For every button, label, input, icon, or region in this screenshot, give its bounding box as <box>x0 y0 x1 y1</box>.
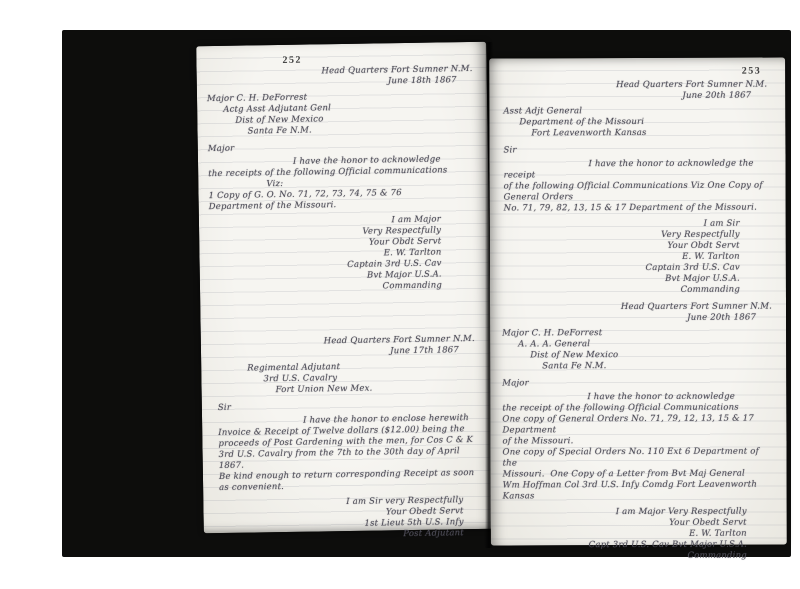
manuscript-line: Capt 3rd U.S. Cav Bvt Major U.S.A. <box>503 540 747 552</box>
letter-heading: Head Quarters Fort Sumner N.M.June 17th … <box>217 334 479 360</box>
manuscript-line: I am Sir <box>504 219 740 231</box>
letter-block: Head Quarters Fort Sumner N.M.June 20th … <box>489 79 786 296</box>
manuscript-line: Fort Union New Mex. <box>276 382 480 396</box>
manuscript-line: I have the honor to acknowledge the rece… <box>504 159 768 182</box>
manuscript-line: June 20th 1867 <box>502 313 772 325</box>
scanned-page-left: 252 Head Quarters Fort Sumner N.M.June 1… <box>196 42 494 533</box>
letter-heading: Head Quarters Fort Sumner N.M.June 20th … <box>502 302 772 325</box>
manuscript-line: I am Major Very Respectfully <box>503 507 747 519</box>
letter-salutation: Major <box>208 140 474 155</box>
manuscript-line: Your Obdt Servt <box>504 241 740 253</box>
manuscript-line: Wm Hoffman Col 3rd U.S. Infy Comdg Fort … <box>503 480 773 503</box>
manuscript-line: Dist of New Mexico <box>530 350 772 362</box>
scanned-page-right: 253 Head Quarters Fort Sumner N.M.June 2… <box>489 57 787 545</box>
manuscript-line: Asst Adjt General <box>503 106 767 118</box>
manuscript-line: A. A. A. General <box>518 339 772 351</box>
manuscript-line: Very Respectfully <box>504 230 740 242</box>
letter-body: I have the honor to acknowledge the rece… <box>504 159 768 215</box>
letter-address: Major C. H. DeForrestA. A. A. GeneralDis… <box>502 328 772 373</box>
letter-body: I have the honor to acknowledgethe recei… <box>208 154 475 213</box>
manuscript-line: Bvt Major U.S.A. <box>504 274 740 286</box>
letter-salutation: Major <box>502 378 772 390</box>
letter-closing: I am Major Very RespectfullyYour Obedt S… <box>503 507 773 563</box>
letter-body: I have the honor to enclose herewithInvo… <box>218 413 481 494</box>
manuscript-line: Head Quarters Fort Sumner N.M. <box>503 80 767 92</box>
manuscript-line: Santa Fe N.M. <box>542 361 772 373</box>
manuscript-line: Commanding <box>210 280 442 295</box>
manuscript-line: Your Obedt Servt <box>503 518 747 530</box>
letter-salutation: Sir <box>503 145 767 157</box>
manuscript-line: E. W. Tarlton <box>503 529 747 541</box>
letter-heading: Head Quarters Fort Sumner N.M.June 18th … <box>207 64 473 90</box>
letter-address: Regimental Adjutant3rd U.S. CavalryFort … <box>247 360 479 397</box>
page-number-left: 252 <box>282 55 302 66</box>
manuscript-line: Fort Leavenworth Kansas <box>531 128 767 140</box>
manuscript-line: One copy of General Orders No. 71, 79, 1… <box>502 414 772 437</box>
letter-block: Head Quarters Fort Sumner N.M.June 18th … <box>197 64 491 296</box>
letter-body: I have the honor to acknowledgethe recei… <box>502 392 772 503</box>
page-number-right: 253 <box>742 66 762 77</box>
manuscript-line: June 20th 1867 <box>503 91 767 103</box>
letter-block: Head Quarters Fort Sumner N.M.June 17th … <box>201 334 494 544</box>
manuscript-line: Captain 3rd U.S. Cav <box>504 263 740 275</box>
manuscript-line: Department of the Missouri <box>519 117 767 129</box>
letter-closing: I am SirVery RespectfullyYour Obdt Servt… <box>504 219 768 297</box>
manuscript-line: One copy of Special Orders No. 110 Ext 6… <box>503 447 773 470</box>
letter-salutation: Sir <box>218 399 480 414</box>
letter-closing: I am Sir very RespectfullyYour Obedt Ser… <box>219 495 482 543</box>
letter-heading: Head Quarters Fort Sumner N.M.June 20th … <box>503 80 767 103</box>
letter-address: Asst Adjt GeneralDepartment of the Misso… <box>503 106 767 140</box>
letter-closing: I am MajorVery RespectfullyYour Obdt Ser… <box>209 214 476 295</box>
manuscript-line: Commanding <box>503 551 747 563</box>
manuscript-line: of the following Official Communications… <box>504 181 768 204</box>
manuscript-line: Commanding <box>504 285 740 297</box>
manuscript-line: Santa Fe N.M. <box>247 123 473 138</box>
letter-address: Major C. H. DeForrestActg Asst Adjutant … <box>207 90 474 138</box>
letter-block: Head Quarters Fort Sumner N.M.June 20th … <box>490 301 787 562</box>
manuscript-line: No. 71, 79, 82, 13, 15 & 17 Department o… <box>504 203 768 215</box>
manuscript-line: E. W. Tarlton <box>504 252 740 264</box>
scanned-document-background: 252 Head Quarters Fort Sumner N.M.June 1… <box>62 30 791 557</box>
